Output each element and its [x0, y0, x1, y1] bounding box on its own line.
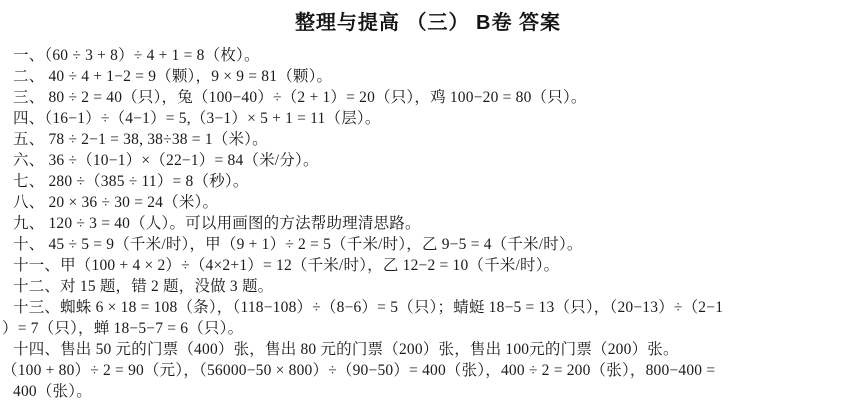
answer-line: 十四、售出 50 元的门票（400）张，售出 80 元的门票（200）张，售出 … [13, 339, 852, 360]
answer-line: 十一、甲（100 + 4 × 2）÷（4×2+1）= 12（千米/时），乙 12… [13, 255, 852, 276]
page-title: 整理与提高 （三） B卷 答案 [13, 10, 852, 36]
answer-line: 九、 120 ÷ 3 = 40（人）。可以用画图的方法帮助理清思路。 [13, 213, 852, 234]
answer-line: （100 + 80）÷ 2 = 90（元），（56000−50 × 800）÷（… [2, 360, 852, 381]
answer-line: ）= 7（只），蝉 18−5−7 = 6（只）。 [2, 318, 852, 339]
answer-line: 五、 78 ÷ 2−1 = 38, 38÷38 = 1（米）。 [13, 129, 852, 150]
answer-line: 400（张）。 [13, 381, 852, 402]
answer-lines: 一、（60 ÷ 3 + 8）÷ 4 + 1 = 8（枚）。二、 40 ÷ 4 +… [13, 45, 852, 402]
answer-sheet-page: 整理与提高 （三） B卷 答案 一、（60 ÷ 3 + 8）÷ 4 + 1 = … [0, 0, 856, 406]
answer-line: 二、 40 ÷ 4 + 1−2 = 9（颗），9 × 9 = 81（颗）。 [13, 66, 852, 87]
answer-line: 十二、对 15 题，错 2 题，没做 3 题。 [13, 276, 852, 297]
answer-line: 八、 20 × 36 ÷ 30 = 24（米）。 [13, 192, 852, 213]
answer-line: 四、（16−1）÷（4−1）= 5,（3−1）× 5 + 1 = 11（层）。 [13, 108, 852, 129]
answer-line: 十、 45 ÷ 5 = 9（千米/时），甲（9 + 1）÷ 2 = 5（千米/时… [13, 234, 852, 255]
answer-line: 十三、蜘蛛 6 × 18 = 108（条），（118−108）÷（8−6）= 5… [13, 297, 852, 318]
answer-line: 一、（60 ÷ 3 + 8）÷ 4 + 1 = 8（枚）。 [13, 45, 852, 66]
answer-line: 六、 36 ÷（10−1）×（22−1）= 84（米/分）。 [13, 150, 852, 171]
answer-line: 七、 280 ÷（385 ÷ 11）= 8（秒）。 [13, 171, 852, 192]
answer-line: 三、 80 ÷ 2 = 40（只），兔（100−40）÷（2 + 1）= 20（… [13, 87, 852, 108]
